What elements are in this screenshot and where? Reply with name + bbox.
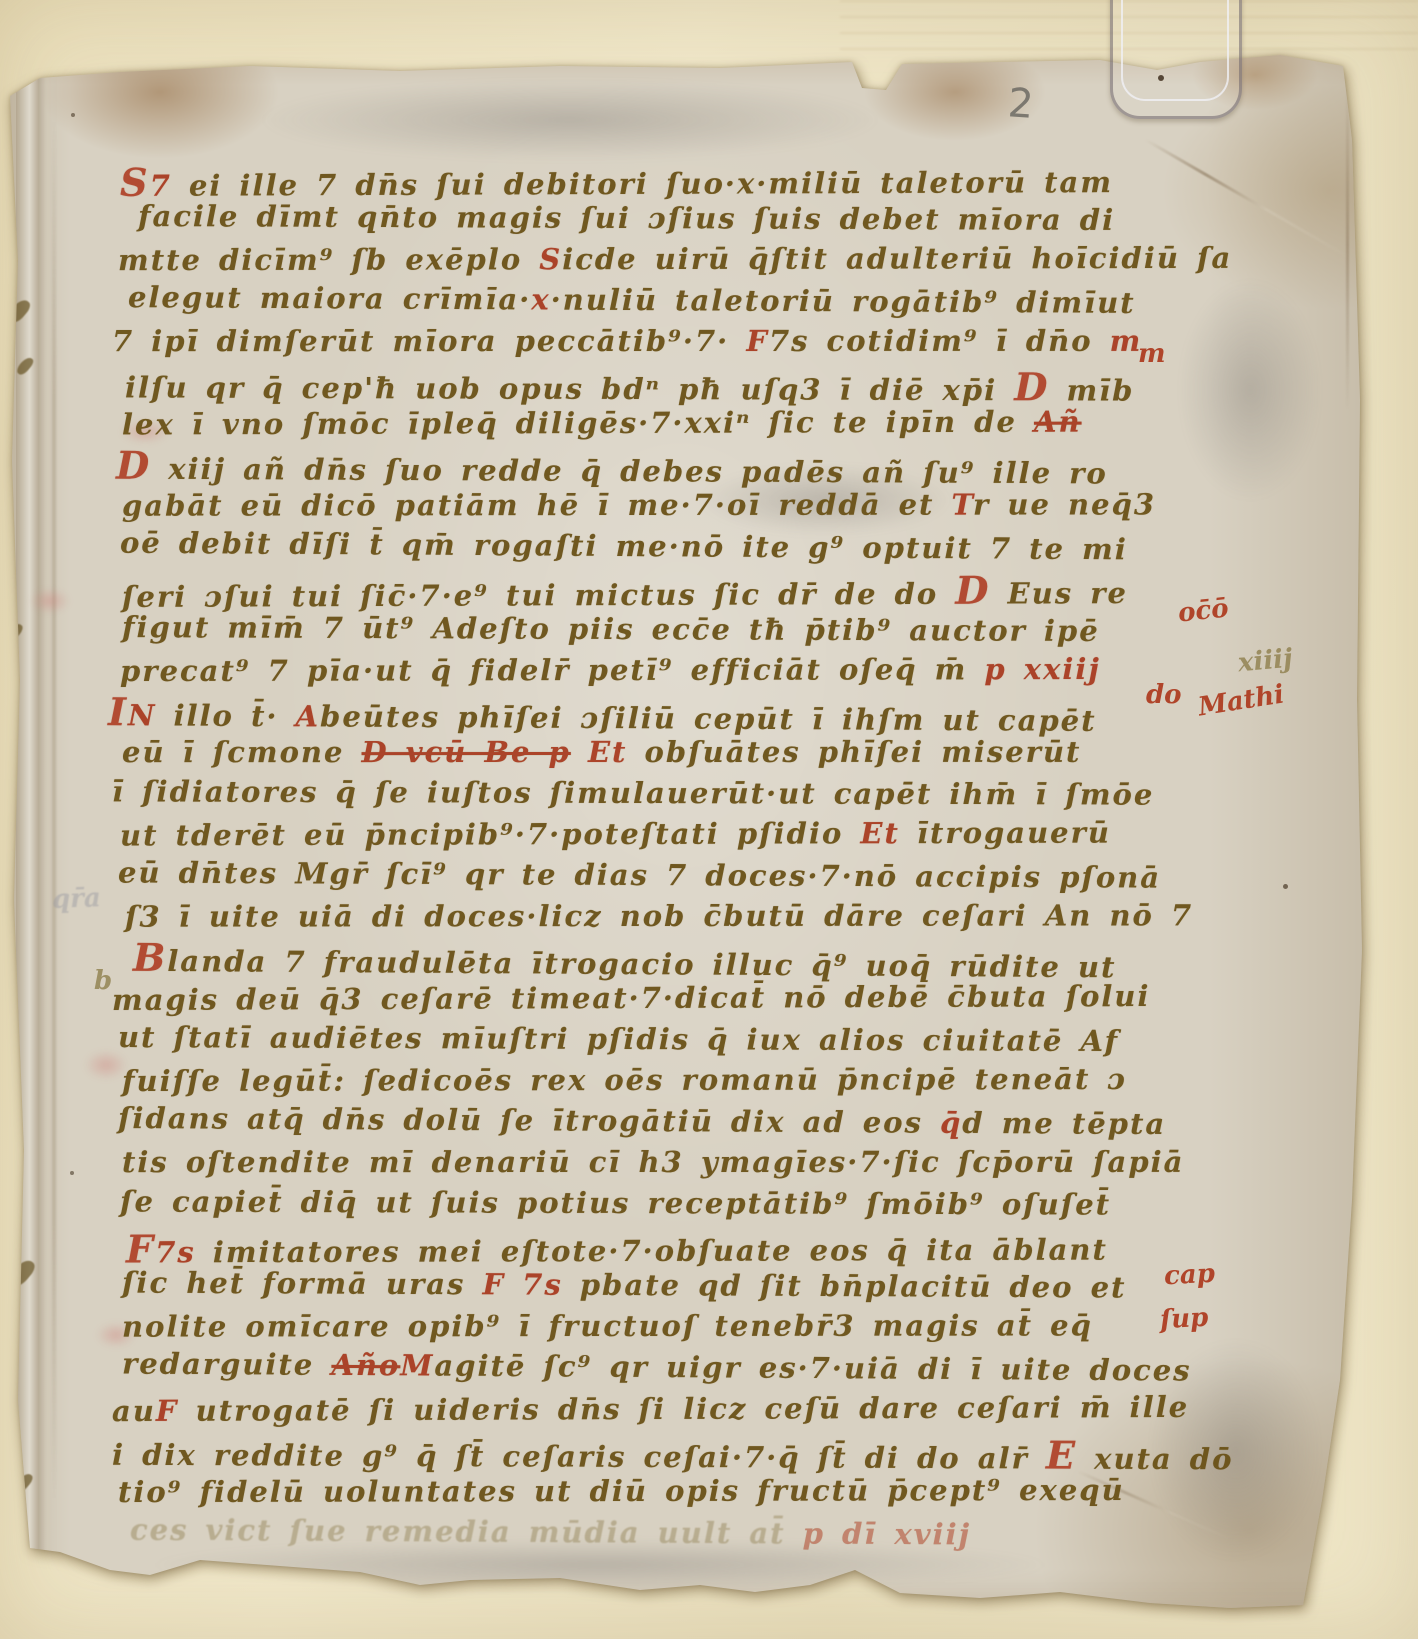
ink-text: gabāt eū dicō patiām hē ī me·7·oī reddā … xyxy=(122,488,952,523)
ink-text: facile dīmt qn̄to magis ſui ɔſius ſuis d… xyxy=(138,199,1115,237)
manuscript-line: magis deū q̄3 ceſarē timeat·7·dicat̄ nō … xyxy=(112,982,1151,1015)
right-edge-crease xyxy=(1346,80,1349,410)
ink-text: tio⁹ fidelū uoluntates ut diū opis fruct… xyxy=(118,1473,1125,1509)
ink-text: tis oſtendite mī denariū cī h3 ymagīes·7… xyxy=(122,1145,1184,1179)
rubric-text: N xyxy=(128,698,157,732)
ink-text: elegut maiora crīmīa· xyxy=(128,280,532,316)
manuscript-line: ſe capiet̄ diq̄ ut ſuis potius receptāti… xyxy=(120,1187,1111,1219)
ink-text: lex ī vno ſmōc īpleq̄ diligēs·7·xxiⁿ ſic… xyxy=(122,405,1034,442)
ink-text: beūtes phīſei ɔſiliū cepūt ī ihſm ut cap… xyxy=(320,699,1097,737)
manuscript-line: Blanda 7 fraudulēta ītrogacio illuc q̄⁹ … xyxy=(133,940,1117,985)
rubric-text: Et xyxy=(588,735,628,769)
margin-note: Mathi xyxy=(1196,681,1285,720)
ink-text: ces vict ſue remedia mūdia uult at̄ xyxy=(130,1513,803,1551)
ink-text: redarguite xyxy=(122,1346,332,1381)
manuscript-line: ſidans atq̄ dn̄s dolū ſe ītrogātiū dix a… xyxy=(118,1104,1166,1139)
manuscript-line: lex ī vno ſmōc īpleq̄ diligēs·7·xxiⁿ ſic… xyxy=(122,408,1082,440)
rubric-text: B xyxy=(133,936,168,981)
margin-note: m xyxy=(1138,341,1166,367)
rubric-text: T xyxy=(952,488,974,522)
plastic-clip-inner-edge xyxy=(1121,0,1229,101)
rubric-text: F xyxy=(156,1394,179,1428)
rubric-text: A xyxy=(296,699,321,733)
rubric-text: F 7s xyxy=(482,1267,562,1301)
manuscript-line: IN illo t̄· Abeūtes phīſei ɔſiliū cepūt … xyxy=(108,694,1097,738)
margin-note: qr̄a xyxy=(52,885,102,913)
left-fold-line xyxy=(52,120,56,1500)
manuscript-line: nolite omīcare opib⁹ ī fructuoſ tenebr̄3… xyxy=(122,1311,1093,1341)
ink-text: eū dn̄tes Mgr̄ ſcī⁹ qr te dias 7 doces·7… xyxy=(118,855,1161,894)
ink-text: precat⁹ 7 pīa·ut q̄ fidelr̄ petī⁹ effici… xyxy=(120,652,984,688)
rubric-text: I xyxy=(108,690,128,735)
manuscript-line: elegut maiora crīmīa·x·nuliū taletoriū r… xyxy=(128,283,1136,318)
ink-text: obſuātes phīſei miserūt xyxy=(627,735,1081,769)
ink-text: d me tēpta xyxy=(962,1106,1166,1141)
manuscript-line: ſeri ɔſui tui ſic̄·7·e⁹ tui mictus ſic d… xyxy=(122,572,1128,614)
manuscript-line: eū ī ſcmone D vcū Be p Et obſuātes phīſe… xyxy=(122,738,1081,767)
margin-note: ſup xyxy=(1159,1305,1209,1333)
manuscript-line: ilſu qr q̄ cep'ħ uob opus bdⁿ pħ uſq3 ī … xyxy=(125,366,1135,407)
speck xyxy=(70,1171,74,1175)
manuscript-line: i dix reddite g⁹ q̄ ſt̄ ceſaris ceſai·7·… xyxy=(112,1434,1234,1477)
ink-text: icde uirū q̄ſtit adulteriū hoīcidiū ſa xyxy=(562,241,1232,276)
ink-text: figut mīm̄ 7 ūt⁹ Adeſto piis ecc̄e tħ p̄… xyxy=(122,610,1100,648)
margin-note: oc̄ō xyxy=(1177,595,1230,626)
ink-text: landa 7 fraudulēta ītrogacio illuc q̄⁹ u… xyxy=(167,944,1116,984)
manuscript-line: ut tderēt eū p̄ncipib⁹·7·poteſtati pſidi… xyxy=(120,819,1111,851)
rubric-text: D xyxy=(116,444,151,489)
margin-note: do xyxy=(1146,682,1182,708)
photograph-of-manuscript-leaf: S7 ei ille 7 dn̄s ſui debitori ſuo·x·mil… xyxy=(0,0,1418,1639)
ink-text: au xyxy=(112,1394,156,1428)
rubric-text: D xyxy=(1014,365,1049,410)
manuscript-line: D xiij añ dn̄s ſuo redde q̄ debes padēs … xyxy=(116,448,1108,491)
ink-text: illo t̄· xyxy=(156,698,295,733)
rubric-text: q̄ xyxy=(940,1106,962,1140)
ink-text: ītrogauerū xyxy=(900,816,1111,851)
manuscript-line: mtte dicīm⁹ ſb exēplo Sicde uirū q̄ſtit … xyxy=(118,244,1232,275)
ink-text: Eus re xyxy=(990,576,1128,611)
ink-text: 7 ipī dimſerūt mīora peccātib⁹·7· xyxy=(112,324,746,358)
ink-text xyxy=(571,735,588,769)
ink-text: ut ſtatī audiētes mīuſtri pſidis q̄ iux … xyxy=(118,1020,1119,1058)
ink-text: r ue neq̄3 xyxy=(973,487,1156,521)
rubric-text: p dī xviij xyxy=(803,1516,972,1551)
show-through-smudge xyxy=(1180,280,1320,500)
rubric-text: 7s xyxy=(155,1235,196,1269)
ink-text: xiij añ dn̄s ſuo redde q̄ debes padēs añ… xyxy=(151,452,1108,491)
rubric-text: D vcū Be p xyxy=(362,735,571,769)
ink-text: ei ille 7 dn̄s ſui debitori ſuo·x·miliū … xyxy=(189,165,1113,203)
plastic-clip xyxy=(1110,0,1242,119)
ink-text: 7s cotidim⁹ ī dn̄o xyxy=(769,324,1110,358)
ink-text: ut tderēt eū p̄ncipib⁹·7·poteſtati pſidi… xyxy=(120,816,860,852)
ink-text: xuta dō xyxy=(1077,1442,1234,1477)
ink-text: ·nuliū taletoriū rogātib⁹ dimīut xyxy=(551,283,1136,320)
ink-text: nolite omīcare opib⁹ ī fructuoſ tenebr̄3… xyxy=(122,1308,1093,1343)
ink-text: mtte dicīm⁹ ſb exēplo xyxy=(118,242,539,277)
manuscript-line: oē debit dīſi t̄ qm̄ rogaſti me·nō ite g… xyxy=(120,529,1128,565)
manuscript-line: eū dn̄tes Mgr̄ ſcī⁹ qr te dias 7 doces·7… xyxy=(118,858,1161,892)
rubric-text: E xyxy=(1046,1433,1077,1478)
rubric-text: M xyxy=(400,1348,434,1382)
margin-note: b xyxy=(94,968,112,994)
manuscript-line: 7 ipī dimſerūt mīora peccātib⁹·7· F7s co… xyxy=(112,327,1142,356)
manuscript-line: ī ſidiatores q̄ ſe iuſtos ſimulauerūt·ut… xyxy=(112,777,1154,809)
ink-text: eū ī ſcmone xyxy=(122,735,362,769)
manuscript-line: auF utrogatē ſi uideris dn̄s ſi licz ceſ… xyxy=(112,1393,1189,1426)
manuscript-line: gabāt eū dicō patiām hē ī me·7·oī reddā … xyxy=(122,490,1156,520)
rubric-text: Et xyxy=(860,816,900,850)
left-fold-crease xyxy=(16,62,46,1557)
manuscript-line: precat⁹ 7 pīa·ut q̄ fidelr̄ petī⁹ effici… xyxy=(120,655,1101,686)
ink-text: ſeri ɔſui tui ſic̄·7·e⁹ tui mictus ſic d… xyxy=(122,577,955,614)
manuscript-line: fuiſſe legūt̄: ſedicoēs rex oēs romanū p… xyxy=(122,1065,1127,1096)
manuscript-line: ſ3 ī uite uiā di doces·licz nob c̄butū d… xyxy=(125,901,1193,931)
manuscript-line: ſic het̄ formā uras F 7s pbate qd ſit bn… xyxy=(122,1269,1127,1303)
show-through-smudge xyxy=(260,80,880,160)
parchment-leaf: S7 ei ille 7 dn̄s ſui debitori ſuo·x·mil… xyxy=(0,0,1418,1639)
faint-red-mark xyxy=(30,588,70,614)
rubric-text: F xyxy=(746,324,769,358)
ink-text: magis deū q̄3 ceſarē timeat·7·dicat̄ nō … xyxy=(112,979,1151,1017)
ink-text: ſidans atq̄ dn̄s dolū ſe ītrogātiū dix a… xyxy=(118,1101,940,1140)
manuscript-line: figut mīm̄ 7 ūt⁹ Adeſto piis ecc̄e tħ p̄… xyxy=(122,613,1100,646)
ink-text: pbate qd ſit bn̄placitū deo et xyxy=(563,1268,1127,1305)
parchment-leaf-wrapper: S7 ei ille 7 dn̄s ſui debitori ſuo·x·mil… xyxy=(0,0,1418,1639)
ink-text: fuiſſe legūt̄: ſedicoēs rex oēs romanū p… xyxy=(122,1062,1127,1098)
rubric-text: Año xyxy=(331,1348,400,1382)
margin-note: xiiij xyxy=(1237,646,1294,677)
ink-text: oē debit dīſi t̄ qm̄ rogaſti me·nō ite g… xyxy=(120,526,1128,567)
ink-text: ilſu qr q̄ cep'ħ uob opus bdⁿ pħ uſq3 ī … xyxy=(125,370,1014,407)
ink-text: ſic het̄ formā uras xyxy=(122,1266,483,1302)
ink-text: ī ſidiatores q̄ ſe iuſtos ſimulauerūt·ut… xyxy=(112,774,1154,811)
ink-text: agitē ſc⁹ qr uigr es·7·uiā di ī uite doc… xyxy=(434,1349,1191,1388)
folio-number: 2 xyxy=(1007,83,1035,125)
manuscript-line: facile dīmt qn̄to magis ſui ɔſius ſuis d… xyxy=(138,202,1115,235)
manuscript-line: tis oſtendite mī denariū cī h3 ymagīes·7… xyxy=(122,1148,1184,1177)
ink-text: ſ3 ī uite uiā di doces·licz nob c̄butū d… xyxy=(125,898,1193,933)
rubric-text: p xxiij xyxy=(984,652,1101,686)
ink-text: utrogatē ſi uideris dn̄s ſi licz ceſū da… xyxy=(178,1390,1189,1428)
ink-text: i dix reddite g⁹ q̄ ſt̄ ceſaris ceſai·7·… xyxy=(112,1438,1046,1476)
rubric-text: x xyxy=(531,282,550,316)
rubric-text: S xyxy=(539,242,562,276)
rubric-text: Añ xyxy=(1034,405,1082,439)
manuscript-line: F7s imitatores mei eſtote·7·obſuate eos … xyxy=(126,1229,1108,1270)
manuscript-line: tio⁹ fidelū uoluntates ut diū opis fruct… xyxy=(118,1476,1125,1507)
manuscript-line: S7 ei ille 7 dn̄s ſui debitori ſuo·x·mil… xyxy=(120,161,1113,203)
speck xyxy=(71,113,75,117)
speck xyxy=(1283,884,1288,889)
manuscript-line: ut ſtatī audiētes mīuſtri pſidis q̄ iux … xyxy=(118,1023,1119,1056)
rubric-text: 7 xyxy=(150,169,189,203)
ink-text: mīb xyxy=(1049,373,1134,407)
ink-text: ſe capiet̄ diq̄ ut ſuis potius receptāti… xyxy=(120,1184,1111,1221)
ink-text: imitatores mei eſtote·7·obſuate eos q̄ i… xyxy=(196,1233,1108,1270)
margin-note: cap xyxy=(1163,1261,1215,1290)
manuscript-line: ces vict ſue remedia mūdia uult at̄ p dī… xyxy=(130,1516,971,1550)
rubric-text: D xyxy=(955,569,990,614)
manuscript-line: redarguite AñoMagitē ſc⁹ qr uigr es·7·ui… xyxy=(122,1349,1192,1385)
